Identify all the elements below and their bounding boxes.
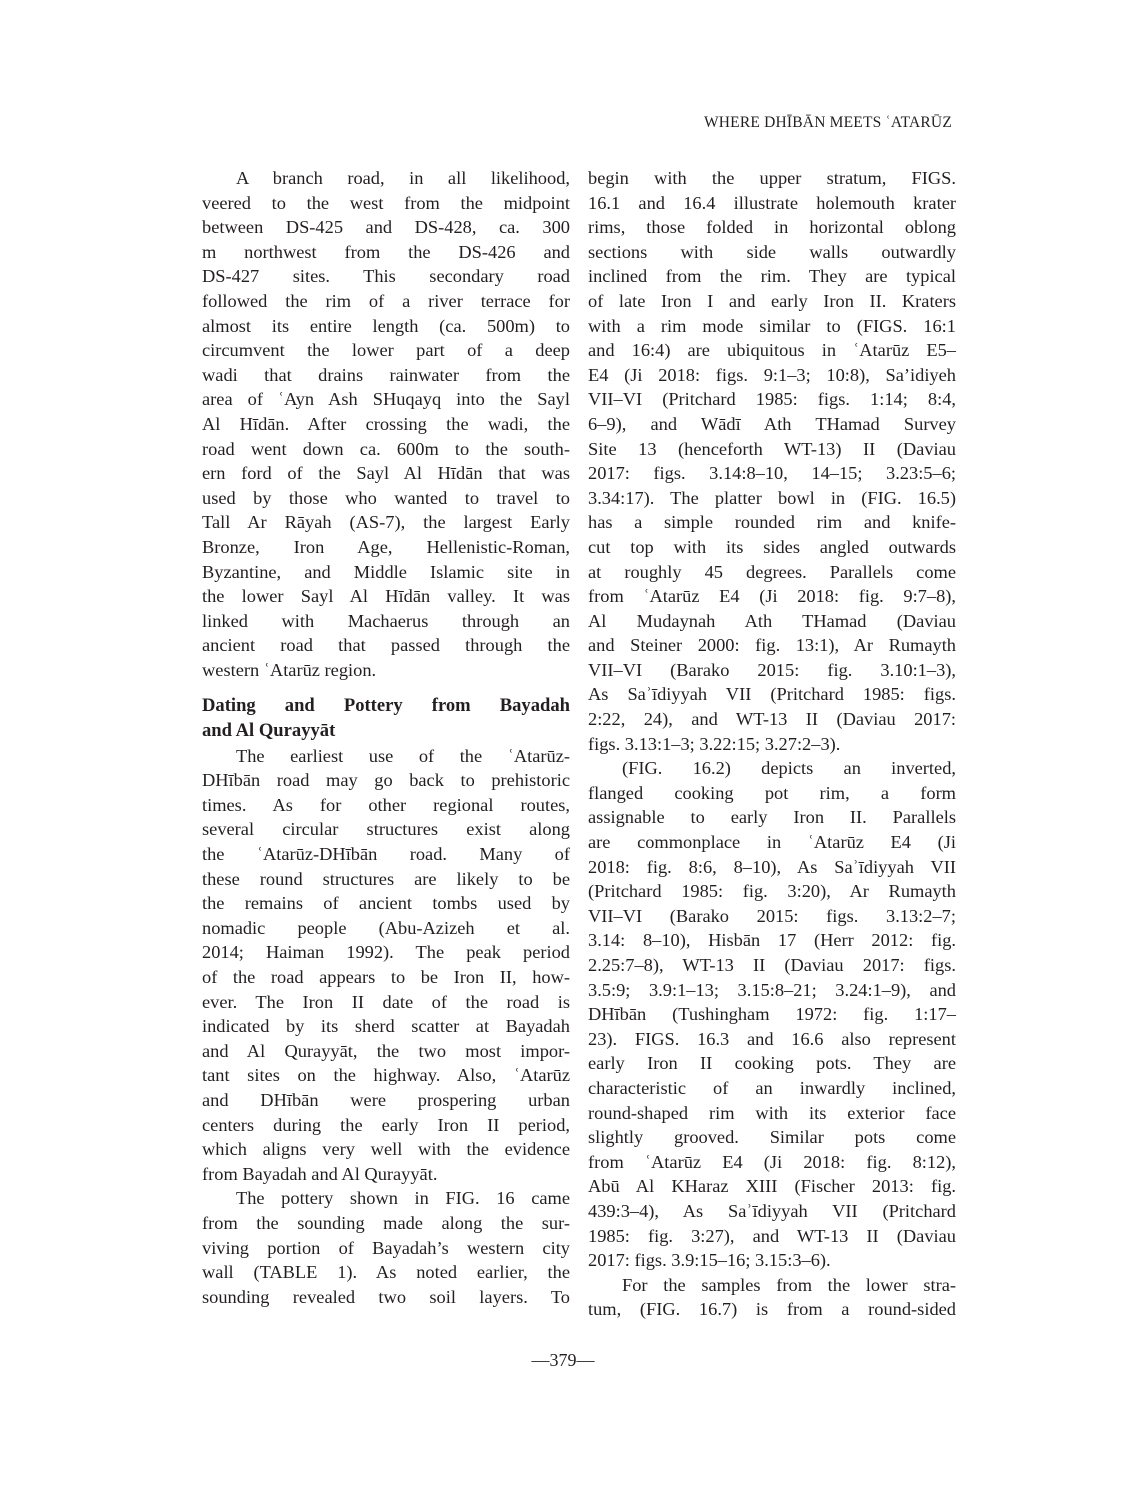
text-line: of late Iron I and early Iron II. Krater… [588,289,956,314]
text-line: characteristic of an inwardly inclined, [588,1076,956,1101]
text-line: tum, (FIG. 16.7) is from a round-sided [588,1297,956,1322]
paragraph: The pottery shown in FIG. 16 came from t… [202,1186,570,1309]
text-line: Abū Al KHaraz XIII (Fischer 2013: fig. [588,1174,956,1199]
text-line: the ʿAtarūz-DHībān road. Many of [202,842,570,867]
text-line: 2014; Haiman 1992). The peak period [202,940,570,965]
text-line: and Steiner 2000: fig. 13:1), Ar Rumayth [588,633,956,658]
text-line: round-shaped rim with its exterior face [588,1101,956,1126]
text-line: 2.25:7–8), WT-13 II (Daviau 2017: figs. [588,953,956,978]
text-line: DHībān (Tushingham 1972: fig. 1:17– [588,1002,956,1027]
text-line: slightly grooved. Similar pots come [588,1125,956,1150]
text-line: A branch road, in all likelihood, [202,166,570,191]
text-line: 3.14: 8–10), Hisbān 17 (Herr 2012: fig. [588,928,956,953]
text-line: Al Mudaynah Ath THamad (Daviau [588,609,956,634]
text-line: 2018: fig. 8:6, 8–10), As Saʾīdiyyah VII [588,855,956,880]
text-line: As Saʾīdiyyah VII (Pritchard 1985: figs. [588,682,956,707]
text-line: Tall Ar Rāyah (AS-7), the largest Early [202,510,570,535]
text-line: and 16:4) are ubiquitous in ʿAtarūz E5– [588,338,956,363]
text-line: followed the rim of a river terrace for [202,289,570,314]
text-line: almost its entire length (ca. 500m) to [202,314,570,339]
text-line: rims, those folded in horizontal oblong [588,215,956,240]
paragraph: The earliest use of the ʿAtarūz- DHībān … [202,744,570,1187]
text-line: 1985: fig. 3:27), and WT-13 II (Daviau [588,1224,956,1249]
heading-line: and Al Qurayyāt [202,719,570,744]
text-line: used by those who wanted to travel to [202,486,570,511]
text-line: and DHībān were prospering urban [202,1088,570,1113]
text-line: inclined from the rim. They are typical [588,264,956,289]
text-line: Al Hīdān. After crossing the wadi, the [202,412,570,437]
text-line: area of ʿAyn Ash SHuqayq into the Sayl [202,387,570,412]
text-line: 3.5:9; 3.9:1–13; 3.15:8–21; 3.24:1–9), a… [588,978,956,1003]
text-line: (FIG. 16.2) depicts an inverted, [588,756,956,781]
text-line: are commonplace in ʿAtarūz E4 (Ji [588,830,956,855]
text-line: from ʿAtarūz E4 (Ji 2018: fig. 8:12), [588,1150,956,1175]
paragraph: (FIG. 16.2) depicts an inverted, flanged… [588,756,956,1272]
text-line: ancient road that passed through the [202,633,570,658]
text-line: sections with side walls outwardly [588,240,956,265]
text-line: 2017: figs. 3.9:15–16; 3.15:3–6). [588,1248,956,1273]
text-line: 2:22, 24), and WT-13 II (Daviau 2017: [588,707,956,732]
text-line: from Bayadah and Al Qurayyāt. [202,1162,570,1187]
text-line: 439:3–4), As Saʾīdiyyah VII (Pritchard [588,1199,956,1224]
text-line: circumvent the lower part of a deep [202,338,570,363]
text-line: ever. The Iron II date of the road is [202,990,570,1015]
text-line: cut top with its sides angled outwards [588,535,956,560]
text-line: VII–VI (Barako 2015: figs. 3.13:2–7; [588,904,956,929]
text-line: VII–VI (Barako 2015: fig. 3.10:1–3), [588,658,956,683]
text-line: several circular structures exist along [202,817,570,842]
text-line: DS-427 sites. This secondary road [202,264,570,289]
text-line: with a rim mode similar to (FIGS. 16:1 [588,314,956,339]
text-line: from the sounding made along the sur- [202,1211,570,1236]
right-column: begin with the upper stratum, FIGS. 16.1… [588,166,956,1322]
text-line: viving portion of Bayadah’s western city [202,1236,570,1261]
text-line: indicated by its sherd scatter at Bayada… [202,1014,570,1039]
text-line: western ʿAtarūz region. [202,658,570,683]
text-line: assignable to early Iron II. Parallels [588,805,956,830]
text-line: VII–VI (Pritchard 1985: figs. 1:14; 8:4, [588,387,956,412]
text-line: wall (TABLE 1). As noted earlier, the [202,1260,570,1285]
text-line: 2017: figs. 3.14:8–10, 14–15; 3.23:5–6; [588,461,956,486]
text-line: DHībān road may go back to prehistoric [202,768,570,793]
text-line: begin with the upper stratum, FIGS. [588,166,956,191]
page-number: —379— [0,1350,1126,1371]
text-line: The earliest use of the ʿAtarūz- [202,744,570,769]
text-line: road went down ca. 600m to the south- [202,437,570,462]
text-line: the remains of ancient tombs used by [202,891,570,916]
text-line: nomadic people (Abu-Azizeh et al. [202,916,570,941]
text-line: 3.34:17). The platter bowl in (FIG. 16.5… [588,486,956,511]
text-line: times. As for other regional routes, [202,793,570,818]
text-line: early Iron II cooking pots. They are [588,1051,956,1076]
text-line: sounding revealed two soil layers. To [202,1285,570,1310]
text-line: between DS-425 and DS-428, ca. 300 [202,215,570,240]
text-line: veered to the west from the midpoint [202,191,570,216]
text-line: tant sites on the highway. Also, ʿAtarūz [202,1063,570,1088]
text-line: centers during the early Iron II period, [202,1113,570,1138]
text-line: has a simple rounded rim and knife- [588,510,956,535]
text-line: Byzantine, and Middle Islamic site in [202,560,570,585]
text-line: 16.1 and 16.4 illustrate holemouth krate… [588,191,956,216]
paragraph: A branch road, in all likelihood, veered… [202,166,570,682]
text-line: from ʿAtarūz E4 (Ji 2018: fig. 9:7–8), [588,584,956,609]
text-line: flanged cooking pot rim, a form [588,781,956,806]
text-line: which aligns very well with the evidence [202,1137,570,1162]
text-line: Site 13 (henceforth WT-13) II (Daviau [588,437,956,462]
text-line: ern ford of the Sayl Al Hīdān that was [202,461,570,486]
text-line: 6–9), and Wādī Ath THamad Survey [588,412,956,437]
heading-line: Dating and Pottery from Bayadah [202,694,570,719]
text-line: and Al Qurayyāt, the two most impor- [202,1039,570,1064]
text-line: The pottery shown in FIG. 16 came [202,1186,570,1211]
spacer [202,682,570,694]
text-line: figs. 3.13:1–3; 3.22:15; 3.27:2–3). [588,732,956,757]
text-line: of the road appears to be Iron II, how- [202,965,570,990]
text-line: For the samples from the lower stra- [588,1273,956,1298]
text-line: (Pritchard 1985: fig. 3:20), Ar Rumayth [588,879,956,904]
text-line: at roughly 45 degrees. Parallels come [588,560,956,585]
text-line: m northwest from the DS-426 and [202,240,570,265]
section-heading: Dating and Pottery from Bayadah and Al Q… [202,694,570,743]
text-line: 23). FIGS. 16.3 and 16.6 also represent [588,1027,956,1052]
left-column: A branch road, in all likelihood, veered… [202,166,570,1309]
running-head: WHERE DHĪBĀN MEETS ʿATARŪZ [704,114,952,132]
paragraph: begin with the upper stratum, FIGS. 16.1… [588,166,956,756]
text-line: E4 (Ji 2018: figs. 9:1–3; 10:8), Sa’idiy… [588,363,956,388]
text-line: the lower Sayl Al Hīdān valley. It was [202,584,570,609]
paragraph: For the samples from the lower stra- tum… [588,1273,956,1322]
text-line: linked with Machaerus through an [202,609,570,634]
text-line: these round structures are likely to be [202,867,570,892]
text-line: Bronze, Iron Age, Hellenistic-Roman, [202,535,570,560]
text-line: wadi that drains rainwater from the [202,363,570,388]
